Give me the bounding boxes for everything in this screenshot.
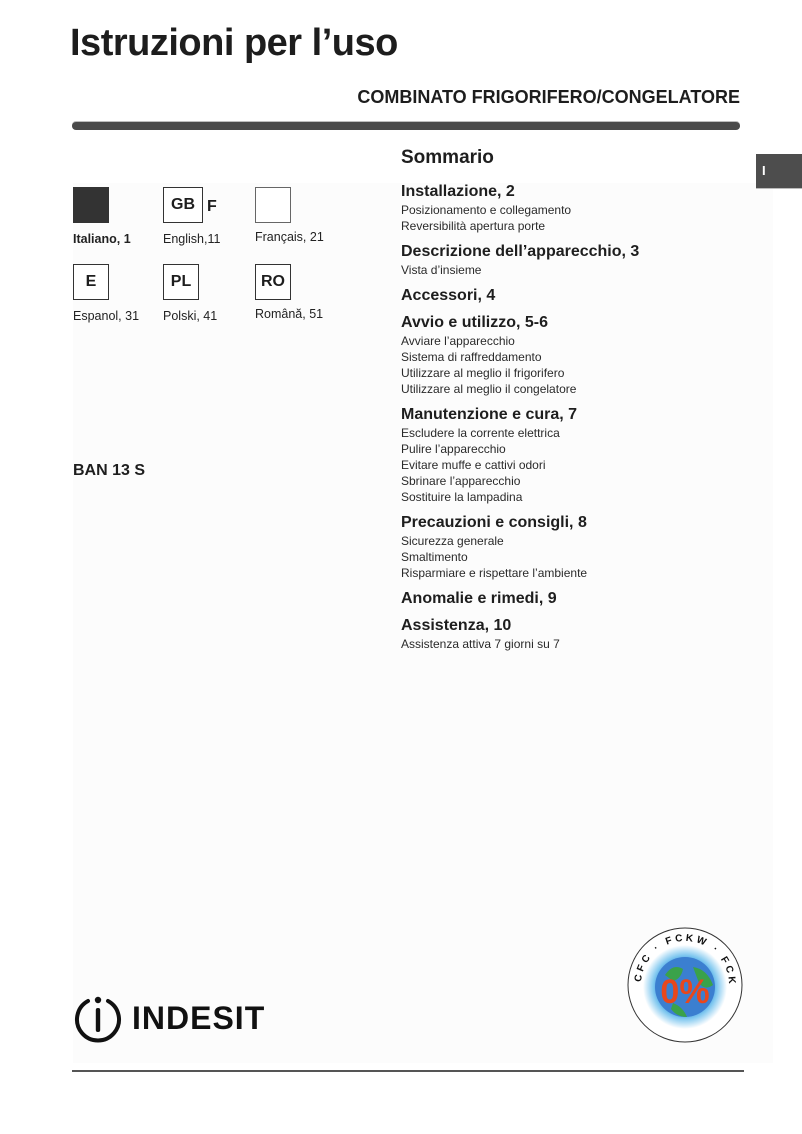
indesit-logo-icon	[72, 992, 124, 1044]
toc-item[interactable]: Avviare l’apparecchio	[401, 333, 741, 349]
eco-badge: 0% CFC · FCKW · FCK	[625, 925, 745, 1045]
toc-section-title[interactable]: Manutenzione e cura, 7	[401, 405, 741, 424]
language-box	[73, 187, 109, 223]
language-romana[interactable]: RO Română, 51	[255, 264, 345, 321]
toc-section-title[interactable]: Assistenza, 10	[401, 616, 741, 635]
toc-item[interactable]: Escludere la corrente elettrica	[401, 425, 741, 441]
toc-section-title[interactable]: Installazione, 2	[401, 182, 741, 201]
toc-item[interactable]: Utilizzare al meglio il frigorifero	[401, 365, 741, 381]
toc-item[interactable]: Posizionamento e collegamento	[401, 202, 741, 218]
toc-item[interactable]: Vista d’insieme	[401, 262, 741, 278]
toc-section: Avvio e utilizzo, 5-6Avviare l’apparecch…	[401, 313, 741, 397]
language-label: Polski, 41	[163, 309, 253, 323]
toc-section-title[interactable]: Accessori, 4	[401, 286, 741, 305]
page-title: Istruzioni per l’uso	[70, 22, 398, 65]
toc-section: Assistenza, 10Assistenza attiva 7 giorni…	[401, 616, 741, 652]
toc-heading: Sommario	[401, 147, 741, 169]
toc-item[interactable]: Evitare muffe e cattivi odori	[401, 457, 741, 473]
bottom-divider	[72, 1070, 744, 1072]
language-label: Français, 21	[255, 230, 345, 244]
language-box: PL	[163, 264, 199, 300]
toc-item[interactable]: Smaltimento	[401, 549, 741, 565]
language-italiano[interactable]: Italiano, 1	[73, 187, 163, 246]
language-label: English,11	[163, 232, 253, 246]
toc-section-title[interactable]: Avvio e utilizzo, 5-6	[401, 313, 741, 332]
toc-item[interactable]: Pulire l’apparecchio	[401, 441, 741, 457]
language-box: RO	[255, 264, 291, 300]
toc-item[interactable]: Sicurezza generale	[401, 533, 741, 549]
toc-section: Descrizione dell’apparecchio, 3Vista d’i…	[401, 242, 741, 278]
language-espanol[interactable]: E Espanol, 31	[73, 264, 163, 323]
table-of-contents: Sommario Installazione, 2Posizionamento …	[401, 147, 741, 660]
toc-section-title[interactable]: Descrizione dell’apparecchio, 3	[401, 242, 741, 261]
toc-item[interactable]: Risparmiare e rispettare l’ambiente	[401, 565, 741, 581]
language-label: Română, 51	[255, 307, 345, 321]
toc-item[interactable]: Assistenza attiva 7 giorni su 7	[401, 636, 741, 652]
product-type: COMBINATO FRIGORIFERO/CONGELATORE	[357, 87, 740, 108]
language-box: GB	[163, 187, 203, 223]
toc-section: Anomalie e rimedi, 9	[401, 589, 741, 608]
brand-logo: INDESIT	[72, 992, 265, 1044]
toc-section: Precauzioni e consigli, 8Sicurezza gener…	[401, 513, 741, 581]
toc-item[interactable]: Reversibilità apertura porte	[401, 218, 741, 234]
language-box: E	[73, 264, 109, 300]
toc-section: Manutenzione e cura, 7Escludere la corre…	[401, 405, 741, 505]
badge-center-text: 0%	[660, 973, 709, 1011]
toc-item[interactable]: Utilizzare al meglio il congelatore	[401, 381, 741, 397]
toc-item[interactable]: Sbrinare l’apparecchio	[401, 473, 741, 489]
toc-section-title[interactable]: Precauzioni e consigli, 8	[401, 513, 741, 532]
language-label: Italiano, 1	[73, 232, 163, 246]
language-polski[interactable]: PL Polski, 41	[163, 264, 253, 323]
toc-section: Installazione, 2Posizionamento e collega…	[401, 182, 741, 234]
model-number: BAN 13 S	[73, 462, 145, 480]
language-box	[255, 187, 291, 223]
brand-name: INDESIT	[132, 1000, 265, 1037]
language-extra-code: F	[207, 198, 217, 216]
top-divider	[72, 122, 740, 130]
toc-item[interactable]: Sistema di raffreddamento	[401, 349, 741, 365]
toc-item[interactable]: Sostituire la lampadina	[401, 489, 741, 505]
language-francais[interactable]: Français, 21	[255, 187, 345, 244]
toc-section: Accessori, 4	[401, 286, 741, 305]
language-label: Espanol, 31	[73, 309, 163, 323]
language-english[interactable]: GB F English,11	[163, 187, 253, 246]
language-tab: I	[756, 154, 802, 189]
toc-section-title[interactable]: Anomalie e rimedi, 9	[401, 589, 741, 608]
